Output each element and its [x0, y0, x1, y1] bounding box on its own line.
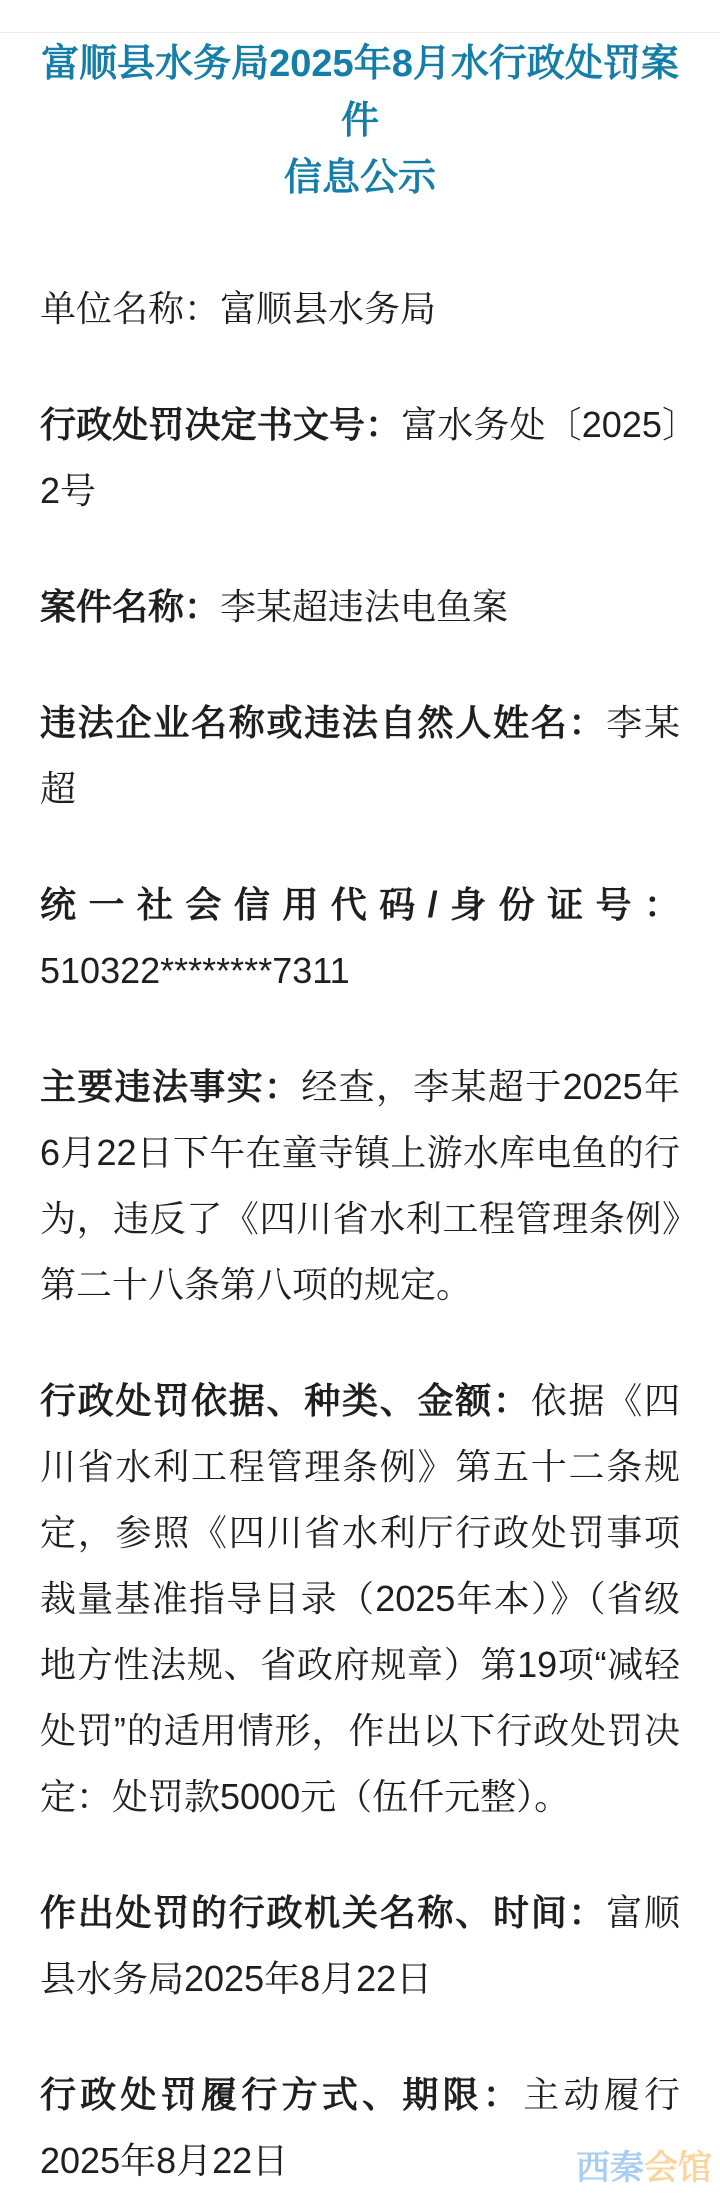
field-penalty-basis-value: 依据《四川省水利工程管理条例》第五十二条规定，参照《四川省水利厅行政处罚事项裁量… [40, 1380, 680, 1817]
field-unit-name: 单位名称：富顺县水务局 [40, 276, 680, 342]
field-unit-name-label: 单位名称： [40, 288, 220, 329]
field-fulfillment-label: 行政处罚履行方式、期限： [40, 2074, 523, 2115]
field-unit-name-value: 富顺县水务局 [220, 288, 436, 329]
field-penalty-basis-label: 行政处罚依据、种类、金额： [40, 1380, 531, 1421]
field-case-name: 案件名称：李某超违法电鱼案 [40, 574, 680, 640]
field-main-facts-label: 主要违法事实： [40, 1066, 301, 1107]
field-case-name-label: 案件名称： [40, 586, 220, 627]
field-decision-doc-number: 行政处罚决定书文号：富水务处〔2025〕2号 [40, 392, 680, 524]
field-main-facts: 主要违法事实：经查，李某超于2025年6月22日下午在童寺镇上游水库电鱼的行为，… [40, 1054, 680, 1318]
field-issuing-authority: 作出处罚的行政机关名称、时间：富顺县水务局2025年8月22日 [40, 1880, 680, 2012]
field-case-name-value: 李某超违法电鱼案 [220, 586, 508, 627]
notice-body: 单位名称：富顺县水务局 行政处罚决定书文号：富水务处〔2025〕2号 案件名称：… [40, 276, 680, 2194]
site-watermark-part2: 会馆 [644, 2149, 712, 2187]
field-offender-name: 违法企业名称或违法自然人姓名：李某超 [40, 690, 680, 822]
site-watermark: 西秦会馆 [576, 2145, 712, 2191]
field-credit-id-number: 统一社会信用代码/身份证号：510322********7311 [40, 872, 680, 1004]
field-credit-id-number-value: 510322********7311 [40, 950, 350, 991]
penalty-notice-page: 富顺县水务局2025年8月水行政处罚案件 信息公示 单位名称：富顺县水务局 行政… [0, 0, 720, 2206]
top-divider [0, 32, 720, 33]
field-issuing-authority-label: 作出处罚的行政机关名称、时间： [40, 1892, 606, 1933]
field-decision-doc-number-label: 行政处罚决定书文号： [40, 404, 401, 445]
page-title-sub: 信息公示 [40, 150, 680, 207]
field-offender-name-label: 违法企业名称或违法自然人姓名： [40, 702, 606, 743]
page-title: 富顺县水务局2025年8月水行政处罚案件 信息公示 [40, 36, 680, 207]
field-penalty-basis: 行政处罚依据、种类、金额：依据《四川省水利工程管理条例》第五十二条规定，参照《四… [40, 1368, 680, 1830]
page-title-main: 富顺县水务局2025年8月水行政处罚案件 [40, 36, 680, 150]
site-watermark-part1: 西秦 [576, 2149, 644, 2187]
field-credit-id-number-label: 统一社会信用代码/身份证号： [40, 884, 680, 925]
